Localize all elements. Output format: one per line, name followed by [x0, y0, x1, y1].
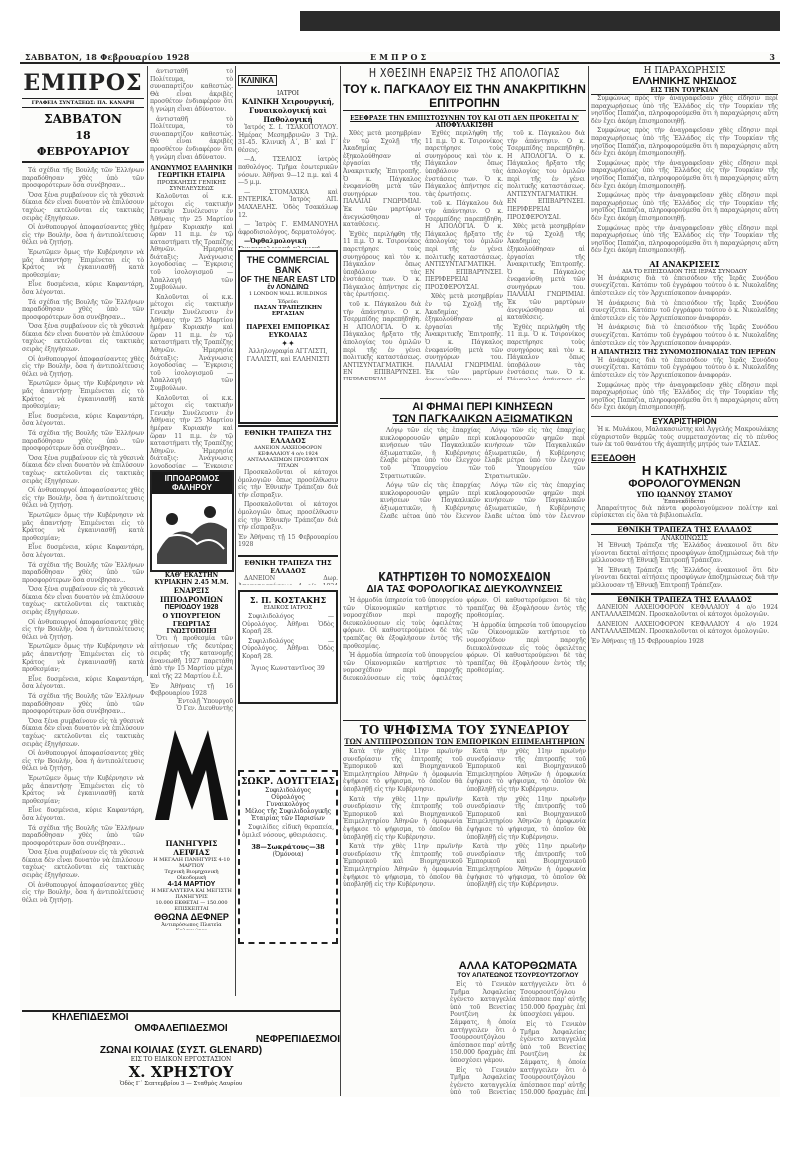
ministry-notice: Ο ΥΠΟΥΡΓΕΙΟΝ ΓΕΩΡΓΙΑΣ ΓΝΩΣΤΟΠΟΙΕΙ Ὅτι ἡ … [150, 612, 233, 712]
main-story-col-2: Ἐχθὲς περιλήφθη τῆς 11 π.μ. Ὁ κ. Τσιρονί… [425, 130, 503, 380]
header-rule [20, 62, 780, 64]
day-number: 18 [22, 129, 144, 142]
paper-name: ΕΜΠΡΟΣ [370, 52, 429, 62]
bandage-ad: ΚΗΛΕΠΙΔΕΣΜΟΙ ΟΜΦΑΛΕΠΙΔΕΣΜΟΙ ΝΕΦΡΕΠΙΔΕΣΜΟ… [22, 1010, 340, 1097]
fraud-story: ΑΛΛΑ ΚΑΤΟΡΘΩΜΑΤΑ ΤΟΥ ΑΠΑΤΕΩΝΟΣ ΤΣΟΥΡΣΟΥΤ… [450, 960, 586, 1095]
page-number: 3 [769, 52, 775, 62]
column-divider [588, 66, 589, 1096]
national-bank-notice: ΕΘΝΙΚΗ ΤΡΑΠΕΖΑ ΤΗΣ ΕΛΛΑΔΟΣ ΔΑΝΕΙΟΝ ΛΑΧΕΙ… [238, 425, 338, 585]
commercial-bank-ad: THE COMMERCIAL BANK OF THE NEAR EAST LTD… [238, 250, 338, 424]
resolution-story: ΤΟ ΨΗΦΙΣΜΑ ΤΟΥ ΣΥΝΕΔΡΙΟΥ ΤΩΝ ΑΝΤΙΠΡΟΣΩΠΩ… [343, 720, 586, 960]
rumors-story: ΑΙ ΦΗΜΑΙ ΠΕΡΙ ΚΙΝΗΣΕΩΝ ΤΩΝ ΠΑΓΚΑΛΙΚΩΝ ΑΞ… [380, 398, 585, 518]
dentist-ad: Σ. Π. ΚΟΣΤΑΚΗΣ ΕΙΔΙΚΟΣ ΙΑΤΡΟΣ Συφιλιδολό… [238, 590, 338, 704]
date-line: ΣΑΒΒΑΤΟΝ, 18 Φεβρουαρίου 1928 [25, 52, 190, 62]
running-header: ΣΑΒΒΑΤΟΝ, 18 Φεβρουαρίου 1928 ΕΜΠΡΟΣ 3 [20, 52, 780, 62]
section-title: ΚΛΙΝΙΚΑ [238, 75, 277, 86]
fair-logo-icon [150, 715, 233, 835]
right-column: Η ΠΑΡΑΧΩΡΗΣΙΣ ΕΛΛΗΝΙΚΗΣ ΝΗΣΙΔΟΣ ΕΙΣ ΤΗΝ … [591, 66, 778, 1096]
day-label: ΣΑΒΒΑΤΟΝ [22, 112, 144, 126]
column-1: ΕΜΠΡΟΣ ΓΡΑΦΕΙΑ ΣΥΝΤΑΞΕΩΣ: ΠΛ. ΚΑΝΑΡΗ ΣΑΒ… [22, 68, 144, 988]
continuation-text: ἀντισταθῆ τὸ Πολίτευμα, τὸ συναπαρτίζον … [150, 68, 233, 161]
masthead: ΕΜΠΡΟΣ [22, 70, 144, 96]
column-2-top: ἀντισταθῆ τὸ Πολίτευμα, τὸ συναπαρτίζον … [150, 68, 233, 468]
scan-top-bar [300, 11, 780, 31]
editorial-text: Τά σχέδια τῆς Βουλῆς τῶν Ἑλλήνων παραδόθ… [22, 167, 144, 904]
leipzig-fair-ad: ΠΑΝΗΓΥΡΙΣ ΛΕΙΨΙΑΣ Η ΜΕΓΑΛΗ ΠΑΝΗΓΥΡΙΣ 4-1… [150, 715, 233, 930]
column-divider [340, 66, 341, 1096]
hippodrome-ad: ΙΠΠΟΔΡΟΜΟΣ ΦΑΛΗΡΟΥ [150, 470, 234, 572]
main-story-col-1: Χθὲς μετὰ μεσημβρίαν ἐν τῷ Σχολῇ τῆς Ἀκα… [343, 130, 421, 380]
column-3-top: ΚΛΙΝΙΚΑ ΙΑΤΡΟΙ ΚΛΙΝΙΚΗ Χειρουργική, Γυνα… [238, 68, 338, 248]
dougias-ad: ΣΩΚΡ. ΔΟΥΓΓΕΙΑΣ Συφιλιδολόγος Οὐρολόγος … [238, 770, 338, 944]
hippodrome-text: ΚΑΘ' ΕΚΑΣΤΗΝ ΚΥΡΙΑΚΗΝ 2.45 Μ.Μ. ΕΝΑΡΞΙΣ … [150, 572, 233, 612]
society-body: Καλοῦνται οἱ κ.κ. μέτοχοι εἰς τακτικὴν Γ… [150, 193, 233, 468]
main-story-col-3: τοῦ κ. Πάγκαλου διὰ τὴν ἀπάντησιν. Ο κ. … [507, 130, 585, 380]
horse-race-illustration [152, 494, 232, 568]
hippodrome-title: ΙΠΠΟΔΡΟΜΟΣ ΦΑΛΗΡΟΥ [152, 472, 232, 494]
column-divider [235, 66, 236, 996]
month-label: ΦΕΒΡΟΥΑΡΙΟΥ [22, 145, 144, 163]
society-subtitle: ΠΡΟΣΚΛΗΣΙΣ ΓΕΝΙΚΗΣ ΣΥΝΕΛΕΥΣΕΩΣ [150, 180, 233, 192]
main-headline: Η ΧΘΕΣΙΝΗ ΕΝΑΡΞΙΣ ΤΗΣ ΑΠΟΛΟΓΙΑΣ ΤΟΥ κ. Π… [343, 66, 586, 128]
sub-masthead: ΓΡΑΦΕΙΑ ΣΥΝΤΑΞΕΩΣ: ΠΛ. ΚΑΝΑΡΗ [22, 98, 144, 108]
society-title: ΑΝΩΝΥΜΟΣ ΕΛΛΗΝΙΚΗ ΓΕΩΡΓΙΚΗ ΕΤΑΙΡΙΑ [150, 165, 233, 179]
tax-story: ΚΑΤΗΡΤΙΣΘΗ ΤΟ ΝΟΜΟΣΧΕΔΙΟΝ ΔΙΑ ΤΑΣ ΦΟΡΟΛΟ… [343, 570, 586, 700]
column-divider [147, 66, 148, 676]
